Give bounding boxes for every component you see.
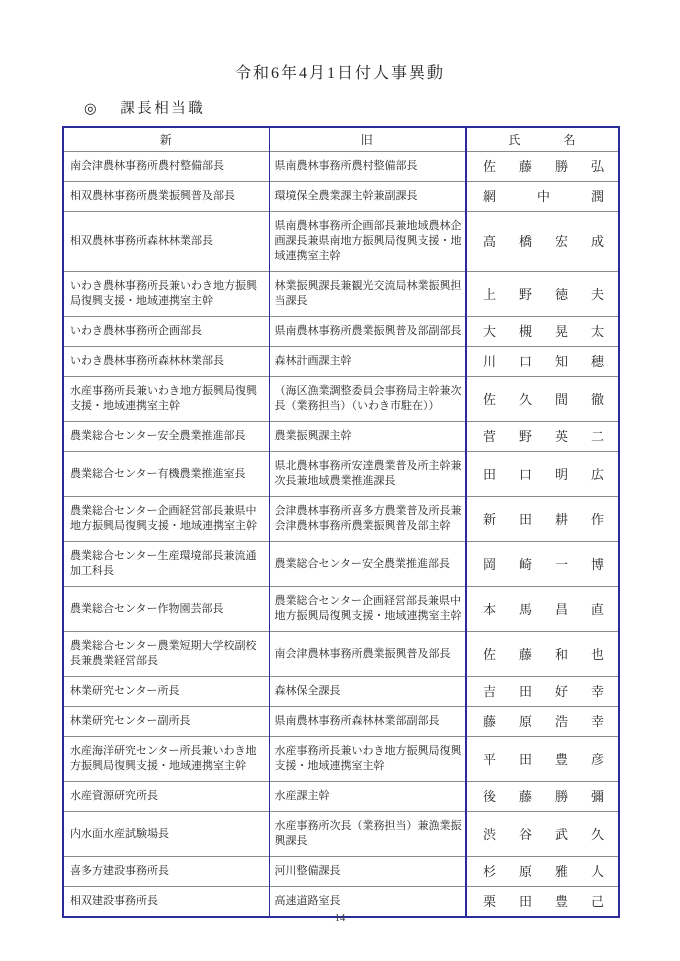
name-char: 彌: [591, 789, 604, 804]
header-old-position: 旧: [269, 127, 466, 152]
header-name: 氏名: [466, 127, 619, 152]
name-char: 久: [591, 827, 604, 842]
name-char: 広: [591, 467, 604, 482]
name-char: 田: [483, 467, 496, 482]
name-cell: 岡崎一博: [466, 542, 619, 587]
name-char: 晃: [555, 324, 568, 339]
name-cell: 杉原雅人: [466, 857, 619, 887]
name-char: 藤: [519, 789, 532, 804]
name-char: 田: [519, 894, 532, 909]
new-position-cell: 農業総合センター作物園芸部長: [63, 587, 269, 632]
table-row: 農業総合センター生産環境部長兼流通加工科長農業総合センター安全農業推進部長岡崎一…: [63, 542, 619, 587]
table-body: 南会津農林事務所農村整備部長県南農林事務所農村整備部長佐藤勝弘相双農林事務所農業…: [63, 152, 619, 918]
name-char: 佐: [483, 392, 496, 407]
table-row: 農業総合センター農業短期大学校副校長兼農業経営部長南会津農林事務所農業振興普及部…: [63, 632, 619, 677]
name-char: 也: [591, 647, 604, 662]
name-char: 菅: [483, 429, 496, 444]
name-char: 高: [483, 234, 496, 249]
name-chars: 佐藤勝弘: [483, 159, 604, 174]
new-position-cell: 農業総合センター農業短期大学校副校長兼農業経営部長: [63, 632, 269, 677]
name-char: 田: [519, 684, 532, 699]
name-char: 中: [537, 189, 550, 204]
old-position-cell: 森林計画課主幹: [269, 347, 466, 377]
old-position-cell: 南会津農林事務所農業振興普及部長: [269, 632, 466, 677]
name-char: 武: [555, 827, 568, 842]
new-position-cell: いわき農林事務所森林林業部長: [63, 347, 269, 377]
name-chars: 菅野英二: [483, 429, 604, 444]
name-char: 弘: [591, 159, 604, 174]
name-char: 二: [591, 429, 604, 444]
document-page: 令和6年4月1日付人事異動 ◎ 課長相当職 新 旧 氏名 南会津農林事務所農村整…: [0, 0, 680, 961]
table-row: 林業研究センター所長森林保全課長吉田好幸: [63, 677, 619, 707]
old-position-cell: 農業総合センター企画経営部長兼県中地方振興局復興支援・地域連携室主幹: [269, 587, 466, 632]
new-position-cell: 水産事務所長兼いわき地方振興局復興支援・地域連携室主幹: [63, 377, 269, 422]
old-position-cell: 林業振興課長兼観光交流局林業振興担当課長: [269, 272, 466, 317]
name-char: 耕: [555, 512, 568, 527]
name-char: 新: [483, 512, 496, 527]
name-chars: 後藤勝彌: [483, 789, 604, 804]
old-position-cell: 河川整備課長: [269, 857, 466, 887]
name-char: 勝: [555, 159, 568, 174]
name-char: 田: [519, 752, 532, 767]
name-chars: 佐久間徹: [483, 392, 604, 407]
double-circle-icon: ◎: [84, 101, 97, 117]
name-char: 谷: [519, 827, 532, 842]
name-chars: 平田豊彦: [483, 752, 604, 767]
table-row: 水産事務所長兼いわき地方振興局復興支援・地域連携室主幹（海区漁業調整委員会事務局…: [63, 377, 619, 422]
name-char: 藤: [519, 159, 532, 174]
table-row: 農業総合センター作物園芸部長農業総合センター企画経営部長兼県中地方振興局復興支援…: [63, 587, 619, 632]
name-char: 平: [483, 752, 496, 767]
old-position-cell: 県南農林事務所農業振興普及部副部長: [269, 317, 466, 347]
name-cell: 藤原浩幸: [466, 707, 619, 737]
name-char: 宏: [555, 234, 568, 249]
table-row: 農業総合センター有機農業推進室長県北農林事務所安達農業普及所主幹兼次長兼地域農業…: [63, 452, 619, 497]
name-char: 己: [591, 894, 604, 909]
new-position-cell: 喜多方建設事務所長: [63, 857, 269, 887]
name-char: 野: [519, 287, 532, 302]
new-position-cell: 水産資源研究所長: [63, 782, 269, 812]
name-chars: 吉田好幸: [483, 684, 604, 699]
old-position-cell: （海区漁業調整委員会事務局主幹兼次長（業務担当）（いわき市駐在））: [269, 377, 466, 422]
name-cell: 吉田好幸: [466, 677, 619, 707]
name-char: 原: [519, 714, 532, 729]
new-position-cell: 農業総合センター生産環境部長兼流通加工科長: [63, 542, 269, 587]
name-char: 浩: [555, 714, 568, 729]
name-cell: 上野徳夫: [466, 272, 619, 317]
new-position-cell: 林業研究センター所長: [63, 677, 269, 707]
name-char: 幸: [591, 714, 604, 729]
name-char: 知: [555, 354, 568, 369]
table-row: 水産海洋研究センター所長兼いわき地方振興局復興支援・地域連携室主幹水産事務所長兼…: [63, 737, 619, 782]
old-position-cell: 森林保全課長: [269, 677, 466, 707]
new-position-cell: 水産海洋研究センター所長兼いわき地方振興局復興支援・地域連携室主幹: [63, 737, 269, 782]
name-char: 間: [555, 392, 568, 407]
name-char: 岡: [483, 557, 496, 572]
name-chars: 高橋宏成: [483, 234, 604, 249]
section-title: 課長相当職: [120, 101, 205, 117]
table-row: 農業総合センター安全農業推進部長農業振興課主幹菅野英二: [63, 422, 619, 452]
name-chars: 新田耕作: [483, 512, 604, 527]
name-char: 口: [519, 467, 532, 482]
name-char: 大: [483, 324, 496, 339]
old-position-cell: 県南農林事務所企画部長兼地域農林企画課長兼県南地方振興局復興支援・地域連携室主幹: [269, 212, 466, 272]
name-char: 久: [519, 392, 532, 407]
name-char: 川: [483, 354, 496, 369]
new-position-cell: 林業研究センター副所長: [63, 707, 269, 737]
name-cell: 平田豊彦: [466, 737, 619, 782]
table-row: いわき農林事務所森林林業部長森林計画課主幹川口知穂: [63, 347, 619, 377]
name-char: 網: [483, 189, 496, 204]
name-char: 佐: [483, 159, 496, 174]
old-position-cell: 県南農林事務所農村整備部長: [269, 152, 466, 182]
name-chars: 栗田豊己: [483, 894, 604, 909]
name-char: 橋: [519, 234, 532, 249]
name-cell: 菅野英二: [466, 422, 619, 452]
name-cell: 網中潤: [466, 182, 619, 212]
name-chars: 藤原浩幸: [483, 714, 604, 729]
new-position-cell: いわき農林事務所企画部長: [63, 317, 269, 347]
header-name-char: 氏: [508, 131, 521, 148]
name-char: 一: [555, 557, 568, 572]
name-char: 佐: [483, 647, 496, 662]
table-row: 林業研究センター副所長県南農林事務所森林林業部副部長藤原浩幸: [63, 707, 619, 737]
name-cell: 川口知穂: [466, 347, 619, 377]
name-char: 勝: [555, 789, 568, 804]
new-position-cell: 相双農林事務所森林林業部長: [63, 212, 269, 272]
name-chars: 川口知穂: [483, 354, 604, 369]
old-position-cell: 県北農林事務所安達農業普及所主幹兼次長兼地域農業推進課長: [269, 452, 466, 497]
name-chars: 上野徳夫: [483, 287, 604, 302]
old-position-cell: 水産事務所次長（業務担当）兼漁業振興課長: [269, 812, 466, 857]
name-char: 幸: [591, 684, 604, 699]
name-cell: 田口明広: [466, 452, 619, 497]
old-position-cell: 水産課主幹: [269, 782, 466, 812]
name-char: 和: [555, 647, 568, 662]
table-row: 農業総合センター企画経営部長兼県中地方振興局復興支援・地域連携室主幹会津農林事務…: [63, 497, 619, 542]
name-char: 吉: [483, 684, 496, 699]
name-char: 口: [519, 354, 532, 369]
document-title: 令和6年4月1日付人事異動: [0, 60, 680, 83]
name-char: 作: [591, 512, 604, 527]
name-cell: 後藤勝彌: [466, 782, 619, 812]
new-position-cell: 南会津農林事務所農村整備部長: [63, 152, 269, 182]
name-char: 渋: [483, 827, 496, 842]
name-char: 明: [555, 467, 568, 482]
name-char: 成: [591, 234, 604, 249]
name-cell: 大槻晃太: [466, 317, 619, 347]
table-row: 相双農林事務所森林林業部長県南農林事務所企画部長兼地域農林企画課長兼県南地方振興…: [63, 212, 619, 272]
name-char: 野: [519, 429, 532, 444]
name-chars: 大槻晃太: [483, 324, 604, 339]
name-char: 人: [591, 864, 604, 879]
name-chars: 本馬昌直: [483, 602, 604, 617]
name-cell: 佐久間徹: [466, 377, 619, 422]
table-row: 内水面水産試験場長水産事務所次長（業務担当）兼漁業振興課長渋谷武久: [63, 812, 619, 857]
new-position-cell: 農業総合センター企画経営部長兼県中地方振興局復興支援・地域連携室主幹: [63, 497, 269, 542]
table-row: 水産資源研究所長水産課主幹後藤勝彌: [63, 782, 619, 812]
name-chars: 田口明広: [483, 467, 604, 482]
name-cell: 佐藤勝弘: [466, 152, 619, 182]
section-heading: ◎ 課長相当職: [84, 97, 205, 118]
header-name-chars: 氏名: [467, 131, 618, 148]
name-chars: 岡崎一博: [483, 557, 604, 572]
name-char: 藤: [483, 714, 496, 729]
table-header-row: 新 旧 氏名: [63, 127, 619, 152]
old-position-cell: 水産事務所長兼いわき地方振興局復興支援・地域連携室主幹: [269, 737, 466, 782]
name-char: 太: [591, 324, 604, 339]
name-char: 徳: [555, 287, 568, 302]
name-chars: 杉原雅人: [483, 864, 604, 879]
name-char: 夫: [591, 287, 604, 302]
name-char: 直: [591, 602, 604, 617]
old-position-cell: 環境保全農業課主幹兼副課長: [269, 182, 466, 212]
name-char: 豊: [555, 894, 568, 909]
name-char: 豊: [555, 752, 568, 767]
table-row: いわき農林事務所長兼いわき地方振興局復興支援・地域連携室主幹林業振興課長兼観光交…: [63, 272, 619, 317]
name-char: 後: [483, 789, 496, 804]
name-char: 彦: [591, 752, 604, 767]
name-char: 雅: [555, 864, 568, 879]
name-char: 槻: [519, 324, 532, 339]
name-char: 穂: [591, 354, 604, 369]
new-position-cell: いわき農林事務所長兼いわき地方振興局復興支援・地域連携室主幹: [63, 272, 269, 317]
old-position-cell: 農業総合センター安全農業推進部長: [269, 542, 466, 587]
name-char: 英: [555, 429, 568, 444]
name-char: 崎: [519, 557, 532, 572]
name-char: 杉: [483, 864, 496, 879]
table-row: 相双農林事務所農業振興普及部長環境保全農業課主幹兼副課長網中潤: [63, 182, 619, 212]
name-cell: 新田耕作: [466, 497, 619, 542]
new-position-cell: 内水面水産試験場長: [63, 812, 269, 857]
name-char: 田: [519, 512, 532, 527]
name-chars: 網中潤: [483, 189, 604, 204]
old-position-cell: 会津農林事務所喜多方農業普及所長兼会津農林事務所農業振興普及部主幹: [269, 497, 466, 542]
header-new-position: 新: [63, 127, 269, 152]
name-cell: 高橋宏成: [466, 212, 619, 272]
name-char: 好: [555, 684, 568, 699]
name-cell: 佐藤和也: [466, 632, 619, 677]
name-char: 潤: [591, 189, 604, 204]
name-char: 栗: [483, 894, 496, 909]
name-char: 上: [483, 287, 496, 302]
name-chars: 佐藤和也: [483, 647, 604, 662]
new-position-cell: 農業総合センター有機農業推進室長: [63, 452, 269, 497]
new-position-cell: 相双農林事務所農業振興普及部長: [63, 182, 269, 212]
name-char: 原: [519, 864, 532, 879]
table-row: 南会津農林事務所農村整備部長県南農林事務所農村整備部長佐藤勝弘: [63, 152, 619, 182]
name-cell: 渋谷武久: [466, 812, 619, 857]
name-cell: 本馬昌直: [466, 587, 619, 632]
name-char: 本: [483, 602, 496, 617]
page-number: 14: [0, 913, 680, 924]
table-row: いわき農林事務所企画部長県南農林事務所農業振興普及部副部長大槻晃太: [63, 317, 619, 347]
name-char: 藤: [519, 647, 532, 662]
header-name-char: 名: [564, 131, 577, 148]
name-char: 馬: [519, 602, 532, 617]
new-position-cell: 農業総合センター安全農業推進部長: [63, 422, 269, 452]
old-position-cell: 農業振興課主幹: [269, 422, 466, 452]
name-char: 昌: [555, 602, 568, 617]
personnel-table: 新 旧 氏名 南会津農林事務所農村整備部長県南農林事務所農村整備部長佐藤勝弘相双…: [62, 126, 620, 918]
name-chars: 渋谷武久: [483, 827, 604, 842]
old-position-cell: 県南農林事務所森林林業部副部長: [269, 707, 466, 737]
name-char: 徹: [591, 392, 604, 407]
table-row: 喜多方建設事務所長河川整備課長杉原雅人: [63, 857, 619, 887]
name-char: 博: [591, 557, 604, 572]
